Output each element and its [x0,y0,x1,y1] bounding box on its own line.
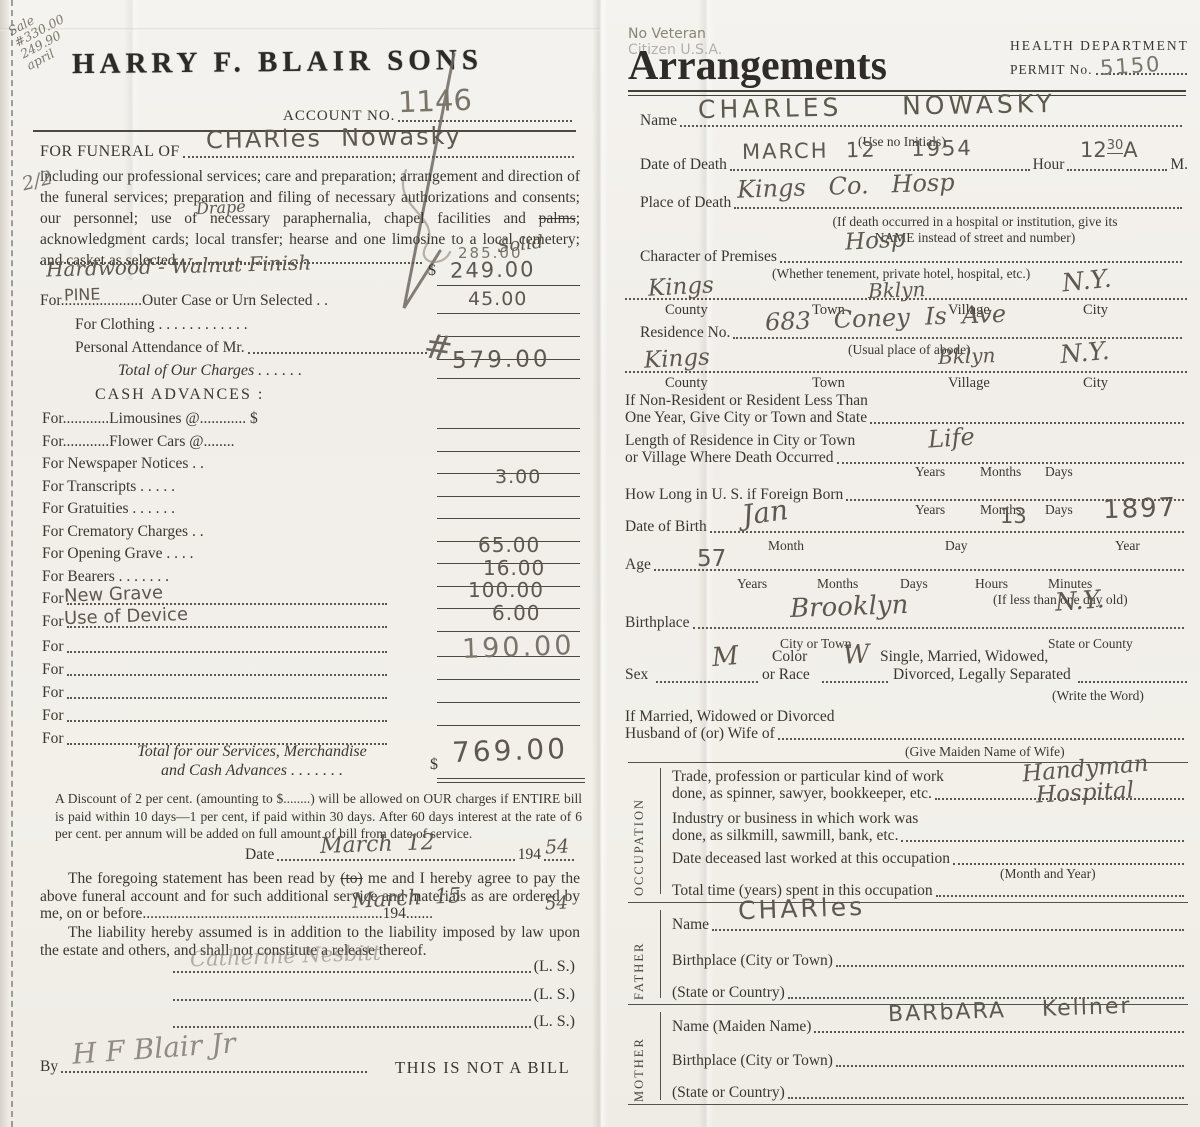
mother-side-label: MOTHER [632,1012,647,1102]
birth-month-value: Jan [740,493,790,532]
paragraph-text: The foregoing statement has been read by [68,870,340,887]
residence-county-value: Kings [643,344,710,373]
clothing-label: For Clothing . . . . . . . . . . . . [75,316,248,334]
amount-underline [437,725,580,726]
age-value: 57 [697,546,726,572]
for-funeral-of-label: FOR FUNERAL OF [40,143,180,161]
hour-am-pm: A [1123,138,1137,162]
amount-underline [437,496,580,497]
advance-label: For [42,707,64,725]
marital-line1: Single, Married, Widowed, [880,648,1048,666]
amount-underline [437,336,580,337]
married-line2: Husband of (or) Wife of [625,725,775,743]
advance-handwritten-label: Use of Device [64,604,189,629]
signature-row: (L. S.) [170,958,575,976]
dotted-leader [67,651,387,653]
months-label: Months [980,464,1021,480]
years-label: Years [915,502,945,518]
section-rule [628,902,1188,903]
dotted-leader [183,156,574,158]
advance-label: For Newspaper Notices . . [42,455,204,473]
struck-word: (to) [340,870,362,887]
outer-case-type-value: PINE [64,284,101,304]
advance-amount: 65.00 [478,533,540,557]
city-label: City [1083,302,1108,319]
hour-minutes-superscript: 30 [1107,138,1124,154]
dotted-leader [901,840,1184,842]
father-name-value: CHARles [738,892,866,925]
city-label: City [1083,375,1108,392]
day-label: Day [945,538,968,554]
occupation-industry-value: Hospital [1035,777,1134,808]
cash-advances-subtotal: 190.00 [461,630,574,665]
spouse-row: Husband of (or) Wife of [625,725,1187,743]
advance-label: For [42,661,64,679]
permit-label: PERMIT No. [1010,62,1093,78]
nonresident-row: One Year, Give City or Town and State [625,409,1187,427]
advance-label: For Crematory Charges . . [42,523,204,541]
write-word-note: (Write the Word) [1052,688,1144,704]
dotted-leader [836,1065,1184,1067]
advance-amount: 6.00 [492,601,541,625]
date-of-death-label: Date of Death [640,156,727,174]
amount-underline [437,378,580,379]
birthplace-value: Brooklyn [790,590,909,624]
place-of-death-note: (If death occurred in a hospital or inst… [760,214,1190,246]
amount-underline [437,702,580,703]
birth-day-value: 13 [1000,504,1027,528]
color-label-line1: Color [772,648,807,666]
hand-dollar-mark: # [421,326,455,370]
name-label: Name [640,112,677,130]
outer-case-amount: 45.00 [468,288,527,310]
by-row: By [40,1058,370,1076]
grand-total-label: Total for our Services, Merchandise and … [112,742,392,780]
signature-row: (L. S.) [170,986,575,1004]
sex-value: M [711,641,740,673]
dotted-leader [67,674,387,676]
advance-label: For Opening Grave . . . . [42,545,194,563]
dotted-leader [1067,169,1167,171]
advance-amount: 3.00 [495,466,541,488]
health-department-label: HEALTH DEPARTMENT [1010,38,1189,54]
age-months-label: Months [817,576,858,592]
dotted-leader [780,261,1182,263]
cash-advances-title: CASH ADVANCES : [95,386,264,404]
premises-value: Hosp [844,226,906,255]
attendance-label: Personal Attendance of Mr. [75,339,245,357]
nonresident-line1: If Non-Resident or Resident Less Than [625,392,868,410]
dotted-leader [656,681,758,683]
married-line1: If Married, Widowed or Divorced [625,708,835,726]
amount-underline [437,679,580,680]
dotted-leader [173,971,531,973]
dotted-leader [544,859,574,861]
mother-state-row: (State or Country) [672,1084,1187,1102]
advance-amount: 16.00 [483,556,545,580]
perforation-dashed-edge [11,0,13,1127]
residence-village-value: Bklyn [938,343,996,369]
dotted-leader [693,627,1184,629]
section-vertical-rule [660,910,661,998]
last-worked-label: Date deceased last worked at this occupa… [672,850,950,868]
advance-label: For [42,684,64,702]
dollar-sign: $ [428,262,436,280]
dotted-leader [953,863,1184,865]
days-label: Days [1045,502,1073,518]
ls-label: (L. S.) [534,958,575,976]
residence-city-value: N.Y. [1059,336,1111,369]
not-a-bill-text: THIS IS NOT A BILL [395,1058,570,1078]
dotted-leader [936,895,1184,897]
advance-row: For [42,707,390,725]
birthplace-label: Birthplace [625,614,690,632]
place-of-death-label: Place of Death [640,194,731,212]
father-state-label: (State or Country) [672,984,785,1002]
agreement-paragraph: The foregoing statement has been read by… [40,870,580,923]
occupation-line1b: done, as spinner, sawyer, bookkeeper, et… [672,785,932,803]
town-label: Town [812,375,845,392]
village-label: Village [948,375,990,392]
sex-label: Sex [625,666,648,684]
scanned-funeral-arrangement-form: Sale #330.00 249.90 april HARRY F. BLAIR… [0,0,1200,1127]
amount-underline [437,451,580,452]
month-label: Month [768,538,804,554]
advance-label: For [42,590,64,608]
amount-underline [437,428,580,429]
occupation-line2b: done, as silkmill, sawmill, bank, etc. [672,827,898,845]
before-year-handwritten: 54 [544,892,568,914]
age-label: Age [625,556,651,574]
birthplace-state-value: N.Y. [1054,584,1105,616]
amount-underline [437,778,585,779]
occupation-side-label: OCCUPATION [632,768,647,896]
dotted-leader [61,1071,367,1073]
race-value: W [842,639,870,670]
last-worked-row: Date deceased last worked at this occupa… [672,850,1187,868]
page-title: Arrangements [628,42,887,90]
total-our-charges-label: Total of Our Charges . . . . . . [118,362,302,380]
note-line: NAME instead of street and number) [760,230,1190,246]
section-rule [628,1104,1188,1105]
occupation-line2a: Industry or business in which work was [672,810,918,828]
father-side-label: FATHER [632,910,647,1000]
horizontal-crease [0,28,600,31]
occupation-line1a: Trade, profession or particular kind of … [672,768,944,786]
county-label: County [665,302,708,319]
attendance-row: Personal Attendance of Mr. [75,339,430,357]
dotted-leader [733,337,1182,339]
dotted-leader [822,681,888,683]
length-line2: or Village Where Death Occurred [625,449,834,467]
dotted-leader [712,929,1184,931]
amount-underline [437,782,585,783]
dotted-leader [788,1097,1184,1099]
dotted-leader [277,859,514,861]
dotted-leader [814,1031,1184,1033]
advance-label: For............Limousines @............ … [42,410,258,428]
age-years-label: Years [737,576,767,592]
father-birthplace-label: Birthplace (City or Town) [672,952,833,970]
dotted-leader [710,531,1184,533]
grand-total-line2: and Cash Advances . . . . . . . [112,761,392,780]
father-birthplace-row: Birthplace (City or Town) [672,952,1187,970]
dotted-rule [625,298,1187,300]
struck-word: palms [539,210,576,227]
mother-birthplace-row: Birthplace (City or Town) [672,1052,1187,1070]
years-label: Years [915,464,945,480]
account-number-value: 1146 [397,83,472,120]
advance-row: For [42,638,390,656]
permit-number-value: 5150 [1099,52,1162,80]
advance-label: For [42,730,64,748]
premises-label: Character of Premises [640,248,777,266]
advance-row: For [42,684,390,702]
dotted-leader [836,965,1184,967]
inserted-word-drape: Drape [196,197,247,219]
advance-row: For [42,661,390,679]
dotted-leader [778,738,1184,740]
dotted-leader [1078,681,1187,683]
state-or-county-label: State or County [1048,636,1133,652]
dotted-leader [173,999,531,1001]
pencil-note-line: No Veteran [628,26,722,42]
mother-name-label: Name (Maiden Name) [672,1018,811,1036]
advance-label: For [42,613,64,631]
ls-label: (L. S.) [534,1013,575,1031]
dotted-leader [67,697,387,699]
advance-label: For............Flower Cars @........ [42,433,235,451]
center-fold-crease [592,0,608,1127]
hour-of-death-value: 1230A [1080,138,1138,162]
section-vertical-rule [660,1012,661,1100]
date-label: Date [245,846,274,864]
dotted-rule [625,371,1187,373]
ls-label: (L. S.) [534,986,575,1004]
county-label: County [665,375,708,392]
marital-line2: Divorced, Legally Separated [893,666,1071,684]
dotted-leader [248,352,427,354]
discount-terms-text: A Discount of 2 per cent. (amounting to … [55,790,582,843]
advance-label: For Gratuities . . . . . . [42,500,175,518]
grand-total-amount: 769.00 [451,732,568,769]
length-row: or Village Where Death Occurred [625,449,1187,467]
length-of-residence-value: Life [927,422,976,453]
age-hours-label: Hours [975,576,1008,592]
amount-underline [437,313,580,314]
total-our-charges-amount: 579.00 [452,346,551,374]
death-city-value: N.Y. [1061,263,1113,297]
amount-underline [437,518,580,519]
dollar-sign: $ [430,756,438,774]
dotted-leader [654,569,1184,571]
date-handwritten: March 12 [320,830,435,859]
advance-amount: 100.00 [468,578,544,602]
mother-state-label: (State or Country) [672,1084,785,1102]
date-of-death-value: MARCH 12 1954 [742,136,973,164]
dotted-leader [67,720,387,722]
advance-handwritten-label: New Grave [64,582,164,606]
corner-pencil-note: Sale #330.00 249.90 april [6,1,78,72]
or-race-label: or Race [762,666,810,684]
paragraph-text: including our professional services; car… [40,168,580,227]
occupation-line2b-row: done, as silkmill, sawmill, bank, etc. [672,827,1187,845]
note-line: (If death occurred in a hospital or inst… [760,214,1190,230]
residence-label: Residence No. [640,324,730,342]
date-year-handwritten: 54 [544,835,569,858]
maiden-name-note: (Give Maiden Name of Wife) [905,744,1065,760]
deceased-name-value: CHARles Nowasky [206,122,462,154]
birth-year-value: 1897 [1102,493,1177,526]
date-of-birth-label: Date of Birth [625,518,707,536]
section-vertical-rule [660,768,661,894]
dotted-leader [870,422,1184,424]
advance-label: For Transcripts . . . . . [42,478,175,496]
advance-label: For [42,638,64,656]
dotted-leader [680,125,1182,127]
days-label: Days [1045,464,1073,480]
father-name-label: Name [672,916,709,934]
by-label: By [40,1058,58,1076]
length-line1: Length of Residence in City or Town [625,432,855,450]
amount-underline [437,285,580,286]
meridiem-label: M. [1170,156,1188,174]
nonresident-line2: One Year, Give City or Town and State [625,409,867,427]
hour-value: 12 [1080,138,1107,162]
paper-left-edge [0,0,9,1127]
dotted-leader [734,207,1182,209]
month-year-note: (Month and Year) [1000,866,1096,882]
foreign-born-label: How Long in U. S. if Foreign Born [625,486,843,504]
year-label: Year [1115,538,1140,554]
hour-label: Hour [1033,156,1065,174]
grand-total-line1: Total for our Services, Merchandise [112,742,392,761]
year-preprint: 194 [518,846,541,864]
mother-birthplace-label: Birthplace (City or Town) [672,1052,833,1070]
casket-amount-value: 249.00 [450,257,536,282]
